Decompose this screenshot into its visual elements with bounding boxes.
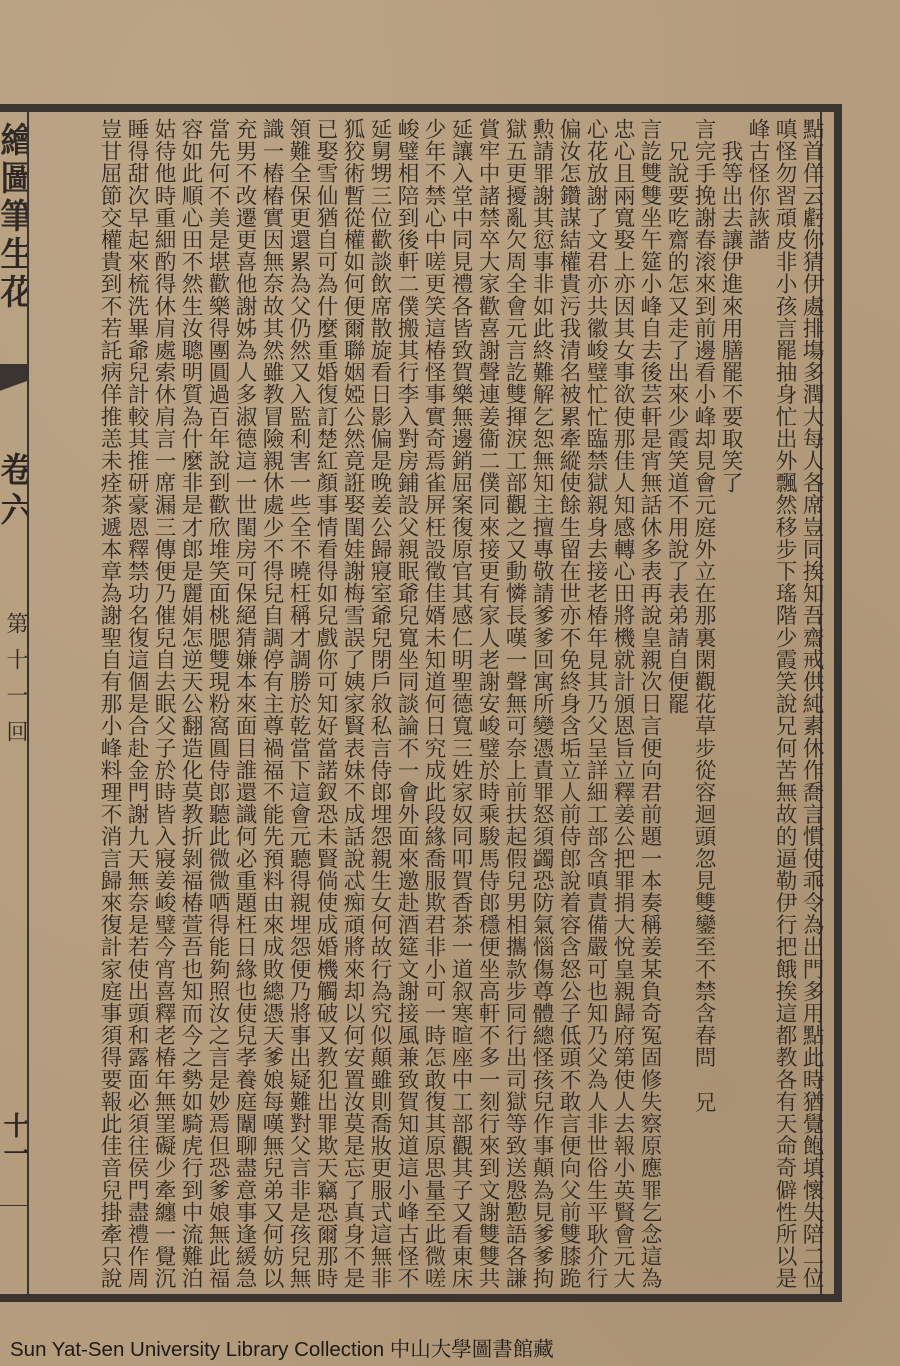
text-body: 點首佯云虧你猜伊處排塲多潤大每人各席豈同挨知吾齋戒供純素休作喬言慣使乖令為出門多…: [35, 118, 825, 1290]
fishtail-ornament: [0, 364, 27, 414]
text-column: 嗔怪勿習頑皮非小孩言罷抽身忙出外飄然移步下瑤階少霞笑說兄何苦無故的逼勒伊行把餓挨…: [771, 118, 798, 1290]
text-column: 點首佯云虧你猜伊處排塲多潤大每人各席豈同挨知吾齋戒供純素休作喬言慣使乖令為出門多…: [798, 118, 825, 1290]
text-column: 睡得甜次早起來梳洗畢爺兒計較其推研豪恩釋禁功名復這個是合赴金門謝九天無奈是若使出…: [123, 118, 150, 1290]
text-column: 忠心且兩寬娶上亦因其女事欲使那佳人知感轉心田將機就計頒恩旨立釋姜公把罪捐大悅皇親…: [609, 118, 636, 1290]
text-column: 賞牢中諸禁卒大家歡喜謝聲連姜衞二僕同來接更有家人老謝安峻璧於時乘駿馬侍郎穩便坐高…: [474, 118, 501, 1290]
text-column: 已娶雪仙猶自可為什麼重婚復訂楚紅顏事情看得如兒戲你可知好當諾釵恐未賢倘使成婚機觸…: [312, 118, 339, 1290]
page-number: 十一: [0, 1112, 27, 1168]
text-column: 勲請罪謝其愆事非如此終難解乞恕無知主擅專敬請爹爹回寓所變憑責罪怒須蠲恐防氣惱傷尊…: [528, 118, 555, 1290]
text-column: 容如此順心田不然生汝聰明質為什麼非是才郎是麗娟怎逆天公翻造化莫教折剝福椿萱吾也知…: [177, 118, 204, 1290]
text-column: 心花放謝了文君亦共徽峻璧忙忙臨禁獄親身去接老椿年見其乃父呈詳細工部含嗔責備嚴可也…: [582, 118, 609, 1290]
margin-rule: [0, 1205, 27, 1206]
library-credit: Sun Yat-Sen University Library Collectio…: [10, 1332, 554, 1362]
text-column: 言訖雙雙坐午筵小峰自去後芸軒是宵無話休多表再說皇親次日言便向君前題一本奏稱姜某負…: [636, 118, 663, 1290]
text-column: 少年不禁心中嗟更笑這椿怪事實奇焉雀屏枉設徵佳婿未知道何日究成此段緣喬服欺君非小可…: [420, 118, 447, 1290]
chapter-label: 第十一回: [3, 612, 27, 756]
text-column: 偏汝怎鑽謀結權貴污我清名被累牽縱使餘生留在世亦不免終身含垢立人前侍郎說着容含怒公…: [555, 118, 582, 1290]
text-column: 獄五更擾亂欠周全會元言訖雙揮淚工部觀之又動憐長嘆一聲無可奈上前扶起假兒男相攜款步…: [501, 118, 528, 1290]
book-title: 繪圖筆生花: [0, 122, 27, 362]
margin-divider-line: [27, 112, 29, 1294]
text-column: 豈甘屈節交權貴到不若託病佯推恙未痊茶遞本章為謝聖自有那小峰料理不消言歸來復計家庭…: [96, 118, 123, 1290]
text-column: 言完手挽謝春滚來到前邊看小峰却見會元庭外立在那裏閑觀花草步從容迴頭忽見雙鑾至不禁…: [690, 118, 717, 1290]
text-column: 姑待他時重細酌得休肩處索休肩言一席漏三傳便乃催兒自去眠父子於時皆入寢姜峻璧今宵喜…: [150, 118, 177, 1290]
text-column: 當先何不美是堪歡樂得團圓過百年說到歡欣堆笑面桃腮雙現粉窩圓侍郎聽此微微哂得能夠照…: [204, 118, 231, 1290]
text-column: 峻璧相陪到後軒二僕搬其行李入對房鋪設父親眠爺兒寬坐同談論不一會外面來邀赴酒筵文謝…: [393, 118, 420, 1290]
page-center-margin: 繪圖筆生花 卷六 第十一回 十一: [0, 112, 27, 1294]
text-column: 充男不改遷更喜他謝姊為人多淑德這一世閨房可保絕猜嫌本來面目誰還識何必重題枉日緣也…: [231, 118, 258, 1290]
text-column: 延讓入堂中同見禮各皆致賀樂無邊銷屈案復原官其感仁明聖德寬三姓家奴同叩賀香茶一道叙…: [447, 118, 474, 1290]
text-column: 我等出去讓伊進來用膳罷不要取笑了: [717, 118, 744, 1290]
text-column: 延舅甥三位歡談飲席散旋看日影偏是晚姜公歸寢室爺兒閉戶敘私言侍郎埋怨親生女何故行為…: [366, 118, 393, 1290]
text-column: 領難全保更還累為父仍然又入監利害一些全不曉枉稱才調勝於乾當下這會元聽得親埋怨便乃…: [285, 118, 312, 1290]
text-column: 識一樁樁實因無奈故其然雖教冒險親休處少不得兒自調停有主尊禍福不能先預料由來成敗總…: [258, 118, 285, 1290]
volume-label: 卷六: [0, 452, 27, 572]
text-column: 狐狡術暫從權如何便爾聯姻婭公然竟誑娶閨娃謝梅雪誤了姨家賢表妹不成話說忒痴頑將來却…: [339, 118, 366, 1290]
text-column: 峰古怪你詼諧: [744, 118, 771, 1290]
text-column: 兄說要吃齋的怎又走了出來少霞笑道不用說了表弟請自便罷: [663, 118, 690, 1290]
